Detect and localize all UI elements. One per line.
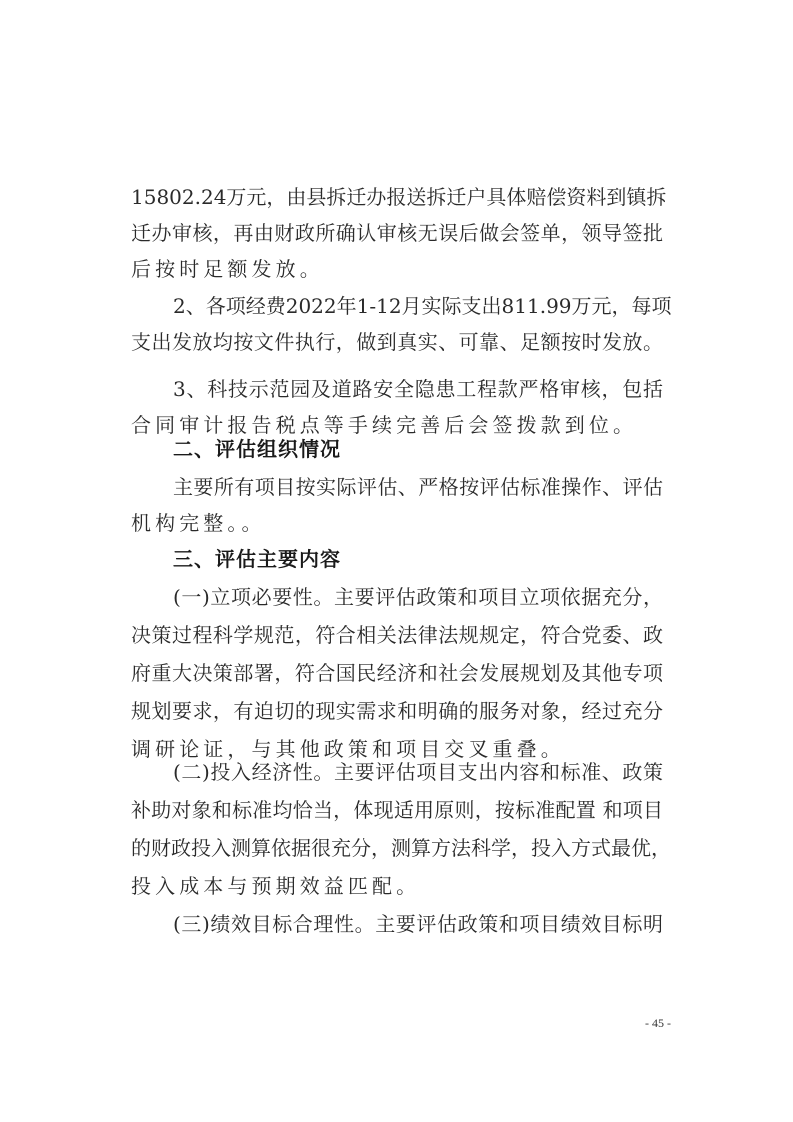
paragraph-line: 投入成本与预期效益匹配。: [131, 874, 420, 898]
paragraph-line: 支出发放均按文件执行，做到真实、可靠、足额按时发放。: [131, 330, 663, 354]
paragraph-line: (二)投入经济性。主要评估项目支出内容和标准、政策: [131, 760, 663, 784]
paragraph-line: 15802.24万元，由县拆迁办报送拆迁户具体赔偿资料到镇拆: [131, 185, 663, 209]
paragraph-line: 的财政投入测算依据很充分，测算方法科学，投入方式最优，: [131, 836, 663, 860]
paragraph-line: 规划要求，有迫切的现实需求和明确的服务对象，经过充分: [131, 699, 663, 723]
section-heading: 二、评估组织情况: [131, 437, 341, 461]
paragraph-line: 迁办审核，再由财政所确认审核无误后做会签单，领导签批: [131, 221, 663, 245]
paragraph-line: 合同审计报告税点等手续完善后会签拨款到位。: [131, 413, 637, 437]
page-number: - 45 -: [645, 1016, 671, 1031]
paragraph-line: 调研论证，与其他政策和项目交叉重叠。: [131, 737, 565, 761]
paragraph-line: (三)绩效目标合理性。主要评估政策和项目绩效目标明: [131, 912, 663, 936]
paragraph-line: 决策过程科学规范，符合相关法律法规规定，符合党委、政: [131, 623, 663, 647]
paragraph-line: 补助对象和标准均恰当，体现适用原则，按标准配置 和项目: [131, 798, 663, 822]
section-heading: 三、评估主要内容: [131, 547, 341, 571]
paragraph-line: 后按时足额发放。: [131, 257, 324, 281]
paragraph-line: 主要所有项目按实际评估、严格按评估标准操作、评估: [131, 475, 663, 499]
paragraph-line: (一)立项必要性。主要评估政策和项目立项依据充分，: [131, 585, 663, 609]
paragraph-line: 机构完整。。: [131, 511, 266, 535]
paragraph-line: 2、各项经费2022年1-12月实际支出811.99万元，每项: [131, 294, 663, 318]
paragraph-line: 3、科技示范园及道路安全隐患工程款严格审核，包括: [131, 377, 663, 401]
paragraph-line: 府重大决策部署，符合国民经济和社会发展规划及其他专项: [131, 661, 663, 685]
document-page: 15802.24万元，由县拆迁办报送拆迁户具体赔偿资料到镇拆 迁办审核，再由财政…: [0, 0, 793, 1122]
